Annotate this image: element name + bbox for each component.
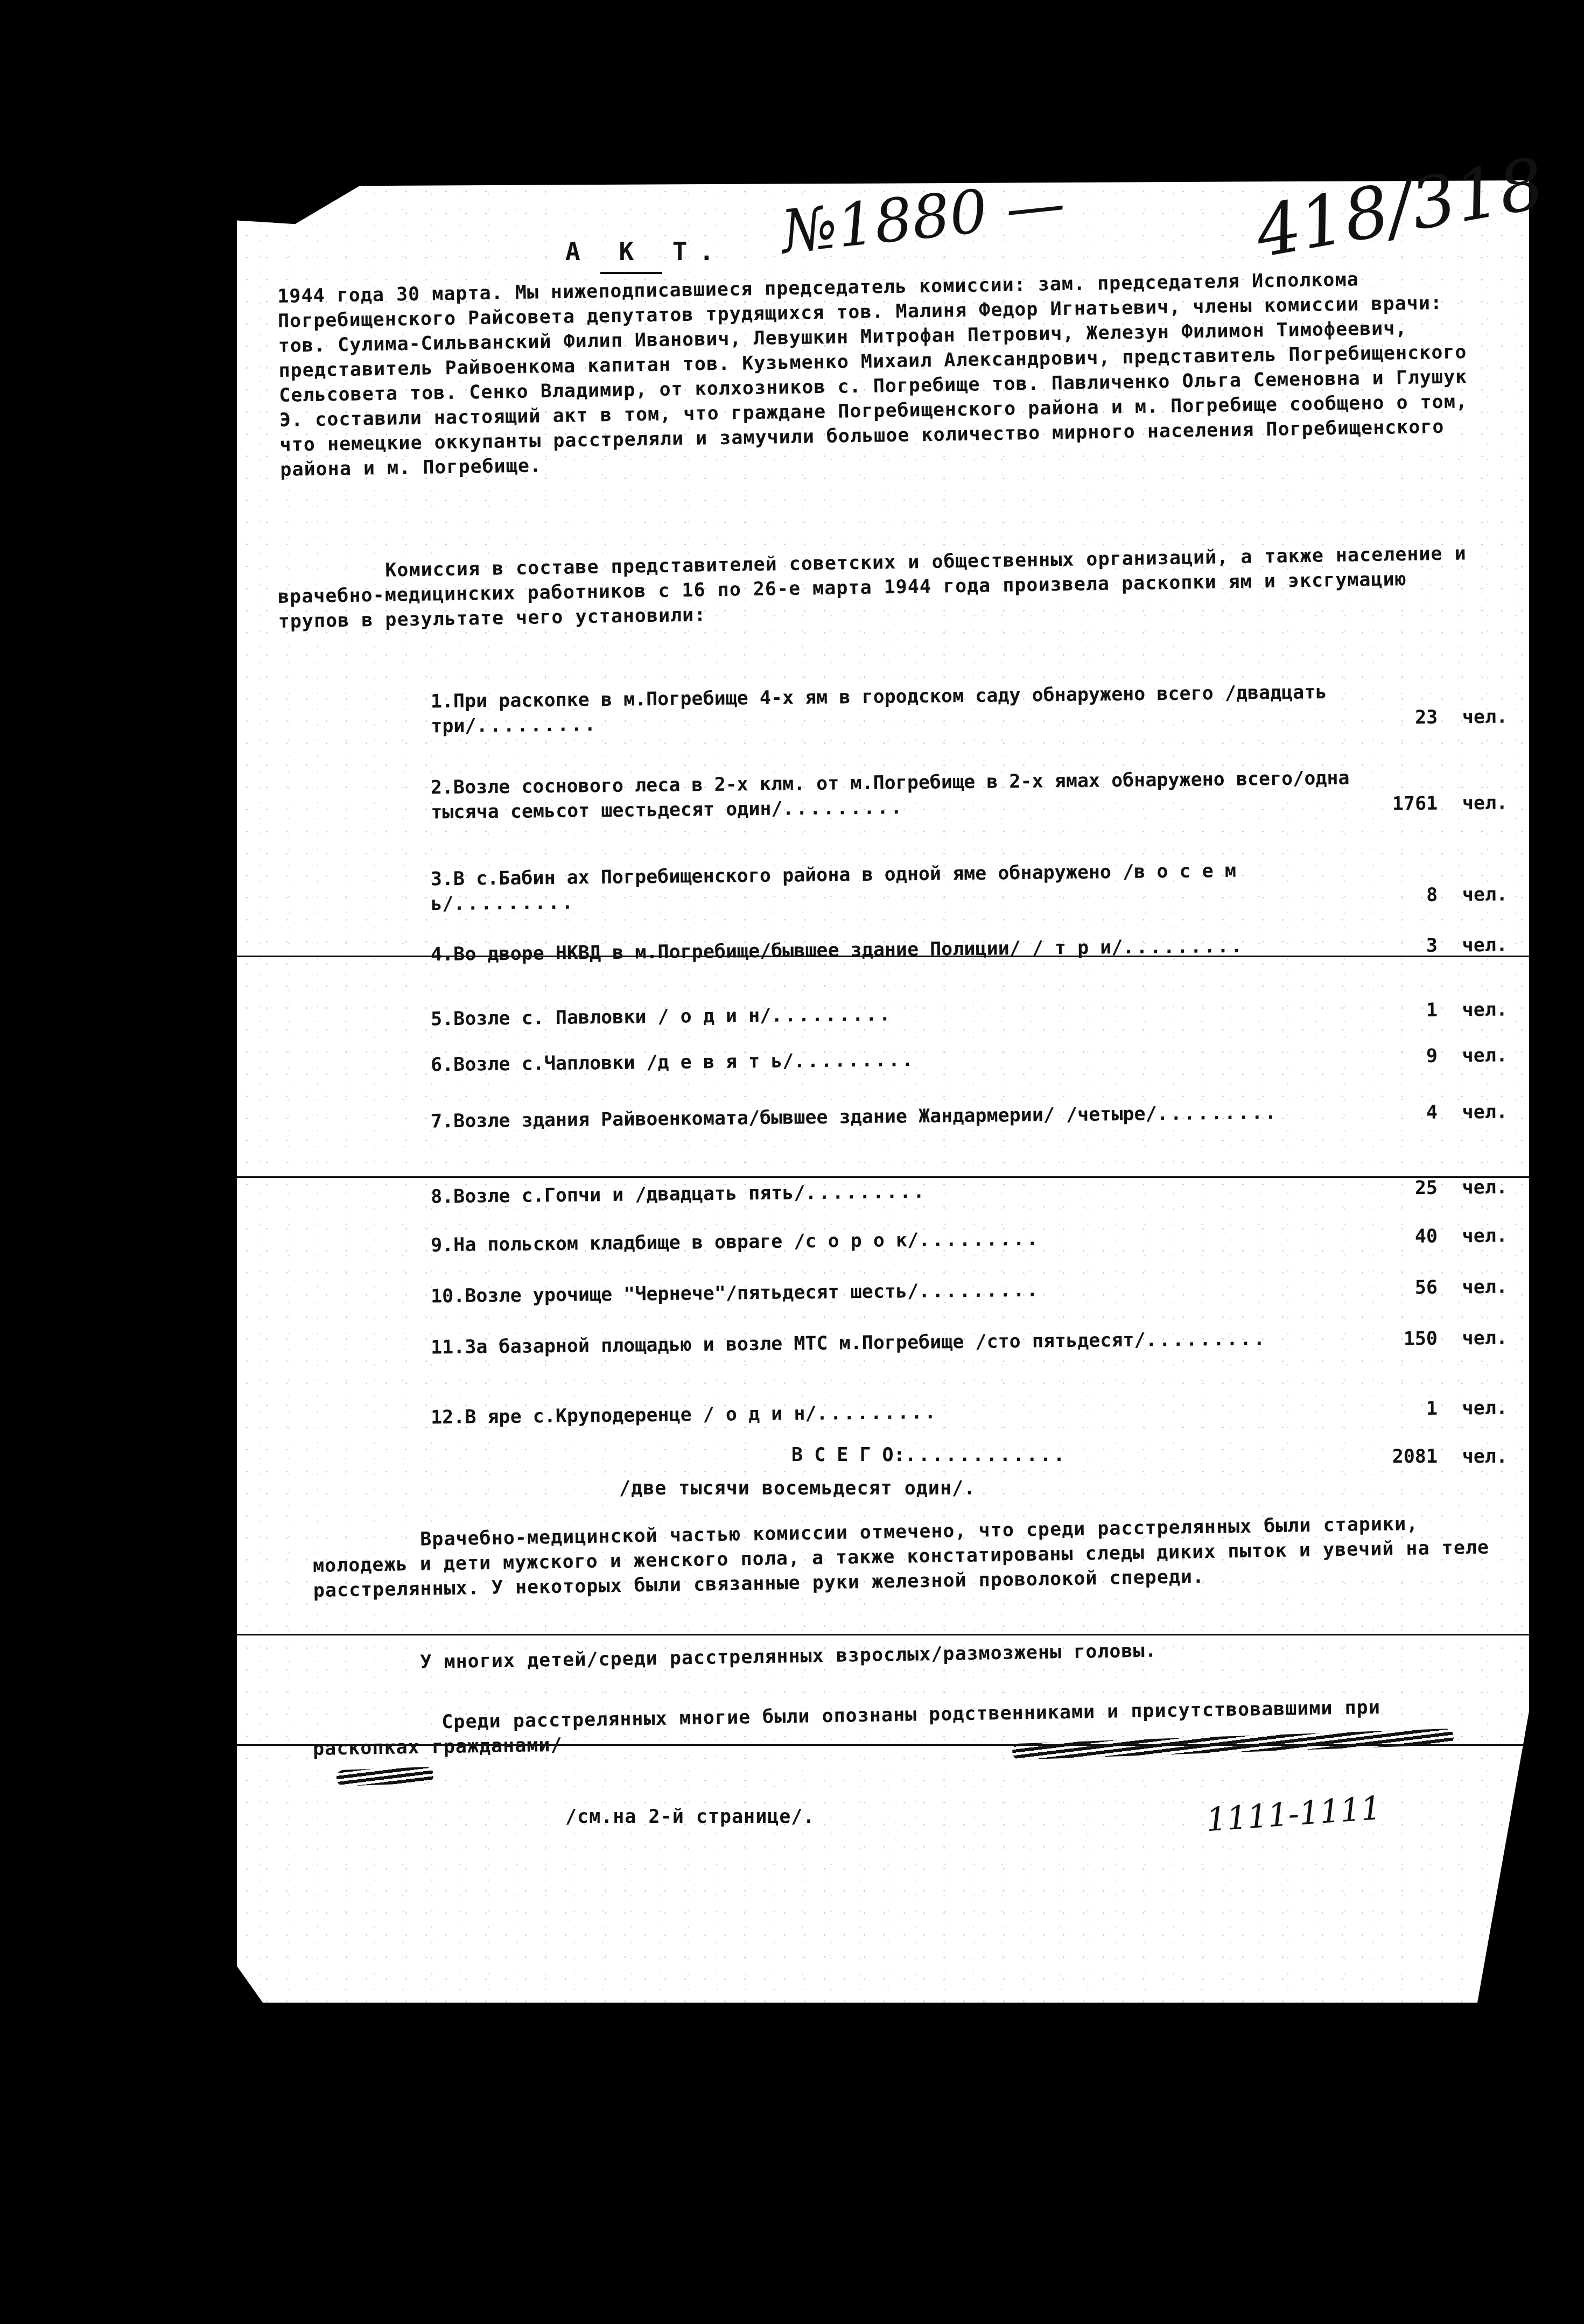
list-item-unit: чел.	[1438, 999, 1508, 1021]
list-item-number: 11.	[431, 1337, 465, 1359]
list-item-count: 3	[1362, 935, 1438, 957]
list-item-unit: чел.	[1438, 1225, 1508, 1247]
list-item-text: 3.В с.Бабин ах Погребищенского района в …	[431, 857, 1363, 916]
dot-leader: .........	[816, 1402, 938, 1424]
list-item-count: 8	[1362, 884, 1438, 907]
dot-leader: .........	[794, 1049, 915, 1072]
list-item-description: Возле урочище "Чернече"/пятьдесят шесть/	[465, 1281, 919, 1307]
list-item-unit: чел.	[1438, 1045, 1508, 1067]
list-item-unit: чел.	[1438, 1101, 1508, 1124]
total-row: В С Е Г О:............ 2081 чел.	[431, 1443, 1508, 1468]
list-item-unit: чел.	[1438, 1398, 1508, 1420]
dot-leader: .........	[1123, 936, 1244, 958]
dot-leader: .........	[782, 797, 904, 819]
crossed-out-text	[337, 1767, 434, 1786]
list-item-count: 1	[1362, 1398, 1438, 1420]
list-item-unit: чел.	[1438, 792, 1508, 815]
list-item-count: 4	[1362, 1102, 1438, 1124]
list-item-number: 4.	[431, 944, 454, 965]
total-count: 2081	[1362, 1446, 1438, 1468]
intro-paragraph: 1944 года 30 марта. Мы нижеподписавшиеся…	[277, 265, 1492, 482]
list-item-count: 23	[1362, 707, 1438, 729]
dot-leader: .........	[919, 1228, 1040, 1251]
list-item-number: 1.	[431, 691, 454, 712]
list-item-number: 3.	[431, 868, 454, 890]
dot-leader: .........	[805, 1181, 927, 1204]
dot-leader: .........	[919, 1280, 1040, 1302]
list-item-description: Возле с.Гопчи и /двадцать пять/	[453, 1182, 805, 1207]
list-item-text: 1.При раскопке в м.Погребище 4-х ям в го…	[431, 679, 1363, 739]
dot-leader: .........	[1145, 1328, 1267, 1351]
list-item-unit: чел.	[1438, 1328, 1508, 1350]
list-item-number: 2.	[431, 777, 454, 798]
list-item-description: Возле с. Павловки / о д и н/	[453, 1005, 771, 1030]
list-item-number: 7.	[431, 1111, 454, 1132]
total-label: В С Е Г О:	[791, 1444, 905, 1466]
title-underline	[600, 272, 662, 274]
list-item-number: 12.	[431, 1407, 465, 1429]
dot-leader: .........	[453, 892, 575, 915]
list-item-description: Возле с.Чапловки /д е в я т ь/	[453, 1050, 794, 1076]
list-item-count: 9	[1362, 1045, 1438, 1068]
dot-leader: .........	[476, 714, 598, 736]
list-item-count: 150	[1362, 1328, 1438, 1350]
continuation-note: /см.на 2-й странице/.	[565, 1806, 815, 1828]
dot-leader: .........	[771, 1003, 893, 1026]
total-in-words: /две тысячи восемьдесят один/.	[619, 1478, 976, 1499]
list-item-unit: чел.	[1438, 706, 1508, 728]
list-item-number: 9.	[431, 1234, 454, 1256]
list-item-number: 8.	[431, 1186, 454, 1207]
list-item-unit: чел.	[1438, 935, 1508, 957]
list-item-count: 1	[1362, 1000, 1438, 1022]
list-item-description: В яре с.Круподеренце / о д и н/	[465, 1403, 817, 1428]
list-item-count: 56	[1362, 1277, 1438, 1299]
document-title: А К Т.	[565, 237, 726, 266]
list-item-count: 40	[1362, 1226, 1438, 1248]
list-item-unit: чел.	[1438, 884, 1508, 906]
list-item-description: На польском кладбище в овраге /с о р о к…	[453, 1230, 919, 1256]
list-item-count: 25	[1362, 1177, 1438, 1199]
list-item-unit: чел.	[1438, 1177, 1508, 1199]
list-item-unit: чел.	[1438, 1276, 1508, 1298]
list-item-number: 10.	[431, 1286, 465, 1308]
list-item-text: 2.Возле соснового леса в 2-х клм. от м.П…	[431, 766, 1363, 825]
total-unit: чел.	[1438, 1446, 1508, 1468]
list-item-number: 5.	[431, 1008, 454, 1030]
list-item-count: 1761	[1362, 793, 1438, 815]
list-item-number: 6.	[431, 1054, 454, 1076]
dot-leader: .........	[1157, 1102, 1278, 1125]
